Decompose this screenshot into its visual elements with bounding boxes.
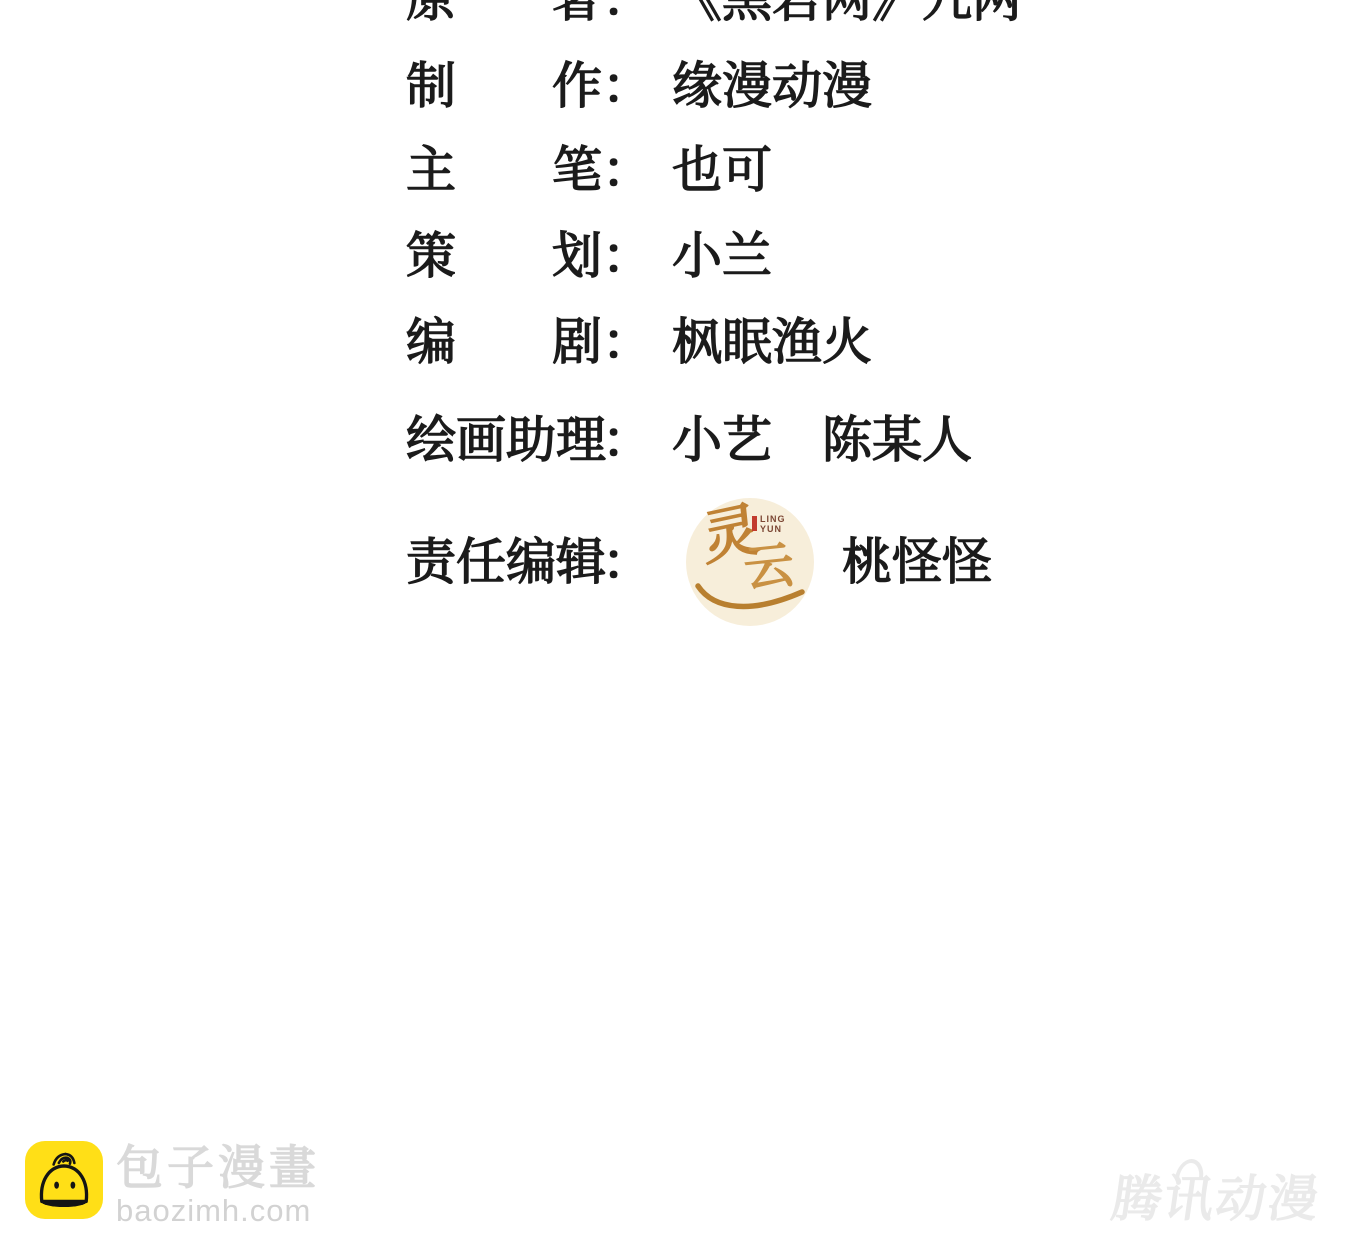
lingyun-latin-line1: LING [760, 514, 786, 524]
credit-row-art-assistants: 绘画助理： 小艺 陈某人 [406, 413, 972, 468]
baozimh-site-name: 包子漫畫 [116, 1144, 320, 1191]
credit-value: 枫眠渔火 [672, 315, 872, 370]
credit-row-planning: 策划： 小兰 [406, 229, 772, 284]
credit-value: 桃怪怪 [842, 535, 992, 590]
credit-row-lead-artist: 主笔： 也可 [406, 143, 772, 198]
credit-label: 策划 [406, 229, 602, 284]
credit-colon: ： [602, 535, 652, 590]
tencent-mascot-icon [1175, 1159, 1206, 1178]
lingyun-char-yun: 云 [742, 540, 797, 595]
seal-stamp-icon [752, 516, 757, 531]
credit-row-original-author: 原著： 《黑岩网》九两 [406, 0, 1022, 27]
credit-value: 小兰 [672, 229, 772, 284]
credit-colon: ： [602, 229, 652, 284]
credit-value: 也可 [672, 143, 772, 198]
credit-colon: ： [602, 143, 652, 198]
credit-label: 原著 [406, 0, 602, 27]
credit-colon: ： [602, 0, 652, 27]
tencent-watermark-text: 腾讯动漫 [1108, 1171, 1324, 1227]
credit-label: 责任编辑 [406, 535, 602, 590]
credit-label: 绘画助理 [406, 413, 602, 468]
baozimh-site-domain: baozimh.com [116, 1195, 320, 1226]
baozimh-watermark: 包子漫畫 baozimh.com [25, 1141, 320, 1226]
credit-value: 缘漫动漫 [672, 59, 872, 114]
lingyun-studio-logo: 灵 云 LING YUN [686, 498, 814, 626]
credit-label: 主笔 [406, 143, 602, 198]
credit-label: 制作 [406, 59, 602, 114]
baozi-bun-icon [25, 1141, 103, 1219]
credit-colon: ： [602, 59, 652, 114]
lingyun-latin-line2: YUN [760, 524, 786, 534]
credit-value: 《黑岩网》九两 [672, 0, 1022, 27]
lingyun-latin-label: LING YUN [752, 514, 786, 535]
credit-label: 编剧 [406, 315, 602, 370]
credit-row-production: 制作： 缘漫动漫 [406, 59, 872, 114]
credit-value: 小艺 陈某人 [672, 413, 972, 468]
credit-colon: ： [602, 315, 652, 370]
credit-row-screenwriter: 编剧： 枫眠渔火 [406, 315, 872, 370]
credit-colon: ： [602, 413, 652, 468]
credit-row-editor: 责任编辑： 灵 云 LING YUN 桃怪怪 [406, 496, 992, 628]
tencent-comics-watermark: 腾讯动漫 [1108, 1172, 1324, 1227]
